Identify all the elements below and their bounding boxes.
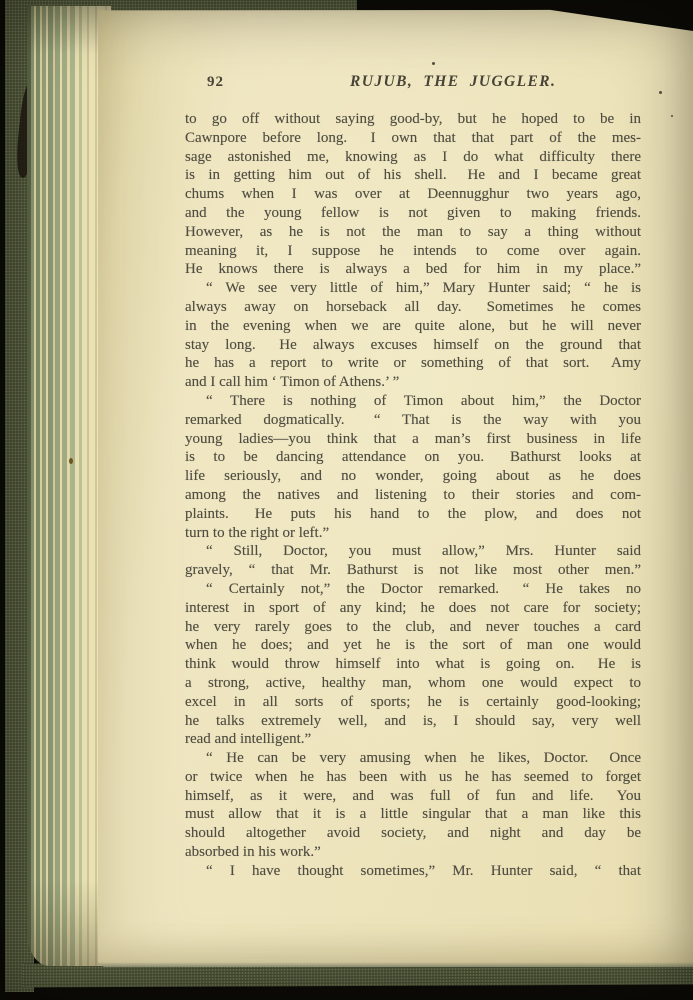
page-bottom-shadow — [98, 962, 693, 967]
book-page: 92 RUJUB, THE JUGGLER. to go off without… — [98, 8, 693, 967]
text-line: always away on horseback all day. Someti… — [185, 298, 641, 317]
book-photo: 92 RUJUB, THE JUGGLER. to go off without… — [0, 0, 693, 1000]
ink-speck — [432, 62, 435, 65]
text-line: in the evening when we are quite alone, … — [185, 317, 641, 336]
text-line: stay long. He always excuses himself on … — [185, 336, 641, 355]
text-line: to go off without saying good-by, but he… — [185, 110, 641, 129]
text-line: he has a report to write or something of… — [185, 354, 641, 373]
text-line: plaints. He puts his hand to the plow, a… — [185, 505, 641, 524]
ink-speck — [659, 91, 662, 94]
text-line: and I call him ‘ Timon of Athens.’ ” — [185, 373, 641, 392]
text-line: meaning it, I suppose he intends to come… — [185, 242, 641, 261]
text-line: a strong, active, healthy man, whom one … — [185, 674, 641, 693]
text-line: should altogether avoid society, and nig… — [185, 824, 641, 843]
text-line: himself, as it were, and was full of fun… — [185, 787, 641, 806]
text-line: life seriously, and no wonder, going abo… — [185, 467, 641, 486]
text-line: must allow that it is a little singular … — [185, 805, 641, 824]
text-line: he talks extremely well, and is, I shoul… — [185, 712, 641, 731]
text-line: sage astonished me, knowing as I do what… — [185, 148, 641, 167]
text-line: is in getting him out of his shell. He a… — [185, 166, 641, 185]
text-line: he very rarely goes to the club, and nev… — [185, 618, 641, 637]
text-line: Cawnpore before long. I own that that pa… — [185, 129, 641, 148]
text-line: absorbed in his work.” — [185, 843, 641, 862]
text-line: interest in sport of any kind; he does n… — [185, 599, 641, 618]
text-line: “ We see very little of him,” Mary Hunte… — [185, 279, 641, 298]
text-line: “ I have thought sometimes,” Mr. Hunter … — [185, 862, 641, 881]
text-line: “ Still, Doctor, you must allow,” Mrs. H… — [185, 542, 641, 561]
text-line: young ladies—you think that a man’s firs… — [185, 430, 641, 449]
text-line: when he does; and yet he is the sort of … — [185, 636, 641, 655]
text-line: He knows there is always a bed for him i… — [185, 260, 641, 279]
text-line: gravely, “ that Mr. Bathurst is not like… — [185, 561, 641, 580]
text-line: excel in all sorts of sports; he is cert… — [185, 693, 641, 712]
text-line: “ There is nothing of Timon about him,” … — [185, 392, 641, 411]
text-line: and the young fellow is not given to mak… — [185, 204, 641, 223]
text-line: remarked dogmatically. “ That is the way… — [185, 411, 641, 430]
text-line: “ Certainly not,” the Doctor remarked. “… — [185, 580, 641, 599]
text-line: turn to the right or left.” — [185, 524, 641, 543]
body-text: to go off without saying good-by, but he… — [185, 110, 641, 881]
paper-speck — [69, 458, 73, 464]
text-line: is to be dancing attendance on you. Bath… — [185, 448, 641, 467]
ink-speck — [671, 115, 673, 117]
text-line: “ He can be very amusing when he likes, … — [185, 749, 641, 768]
text-line: think would throw himself into what is g… — [185, 655, 641, 674]
text-line: or twice when he has been with us he has… — [185, 768, 641, 787]
text-line: chums when I was over at Deennugghur two… — [185, 185, 641, 204]
text-line: However, as he is not the man to say a t… — [185, 223, 641, 242]
text-line: among the natives and listening to their… — [185, 486, 641, 505]
page-number: 92 — [207, 74, 224, 91]
running-header: RUJUB, THE JUGGLER. — [350, 73, 556, 91]
text-line: read and intelligent.” — [185, 730, 641, 749]
